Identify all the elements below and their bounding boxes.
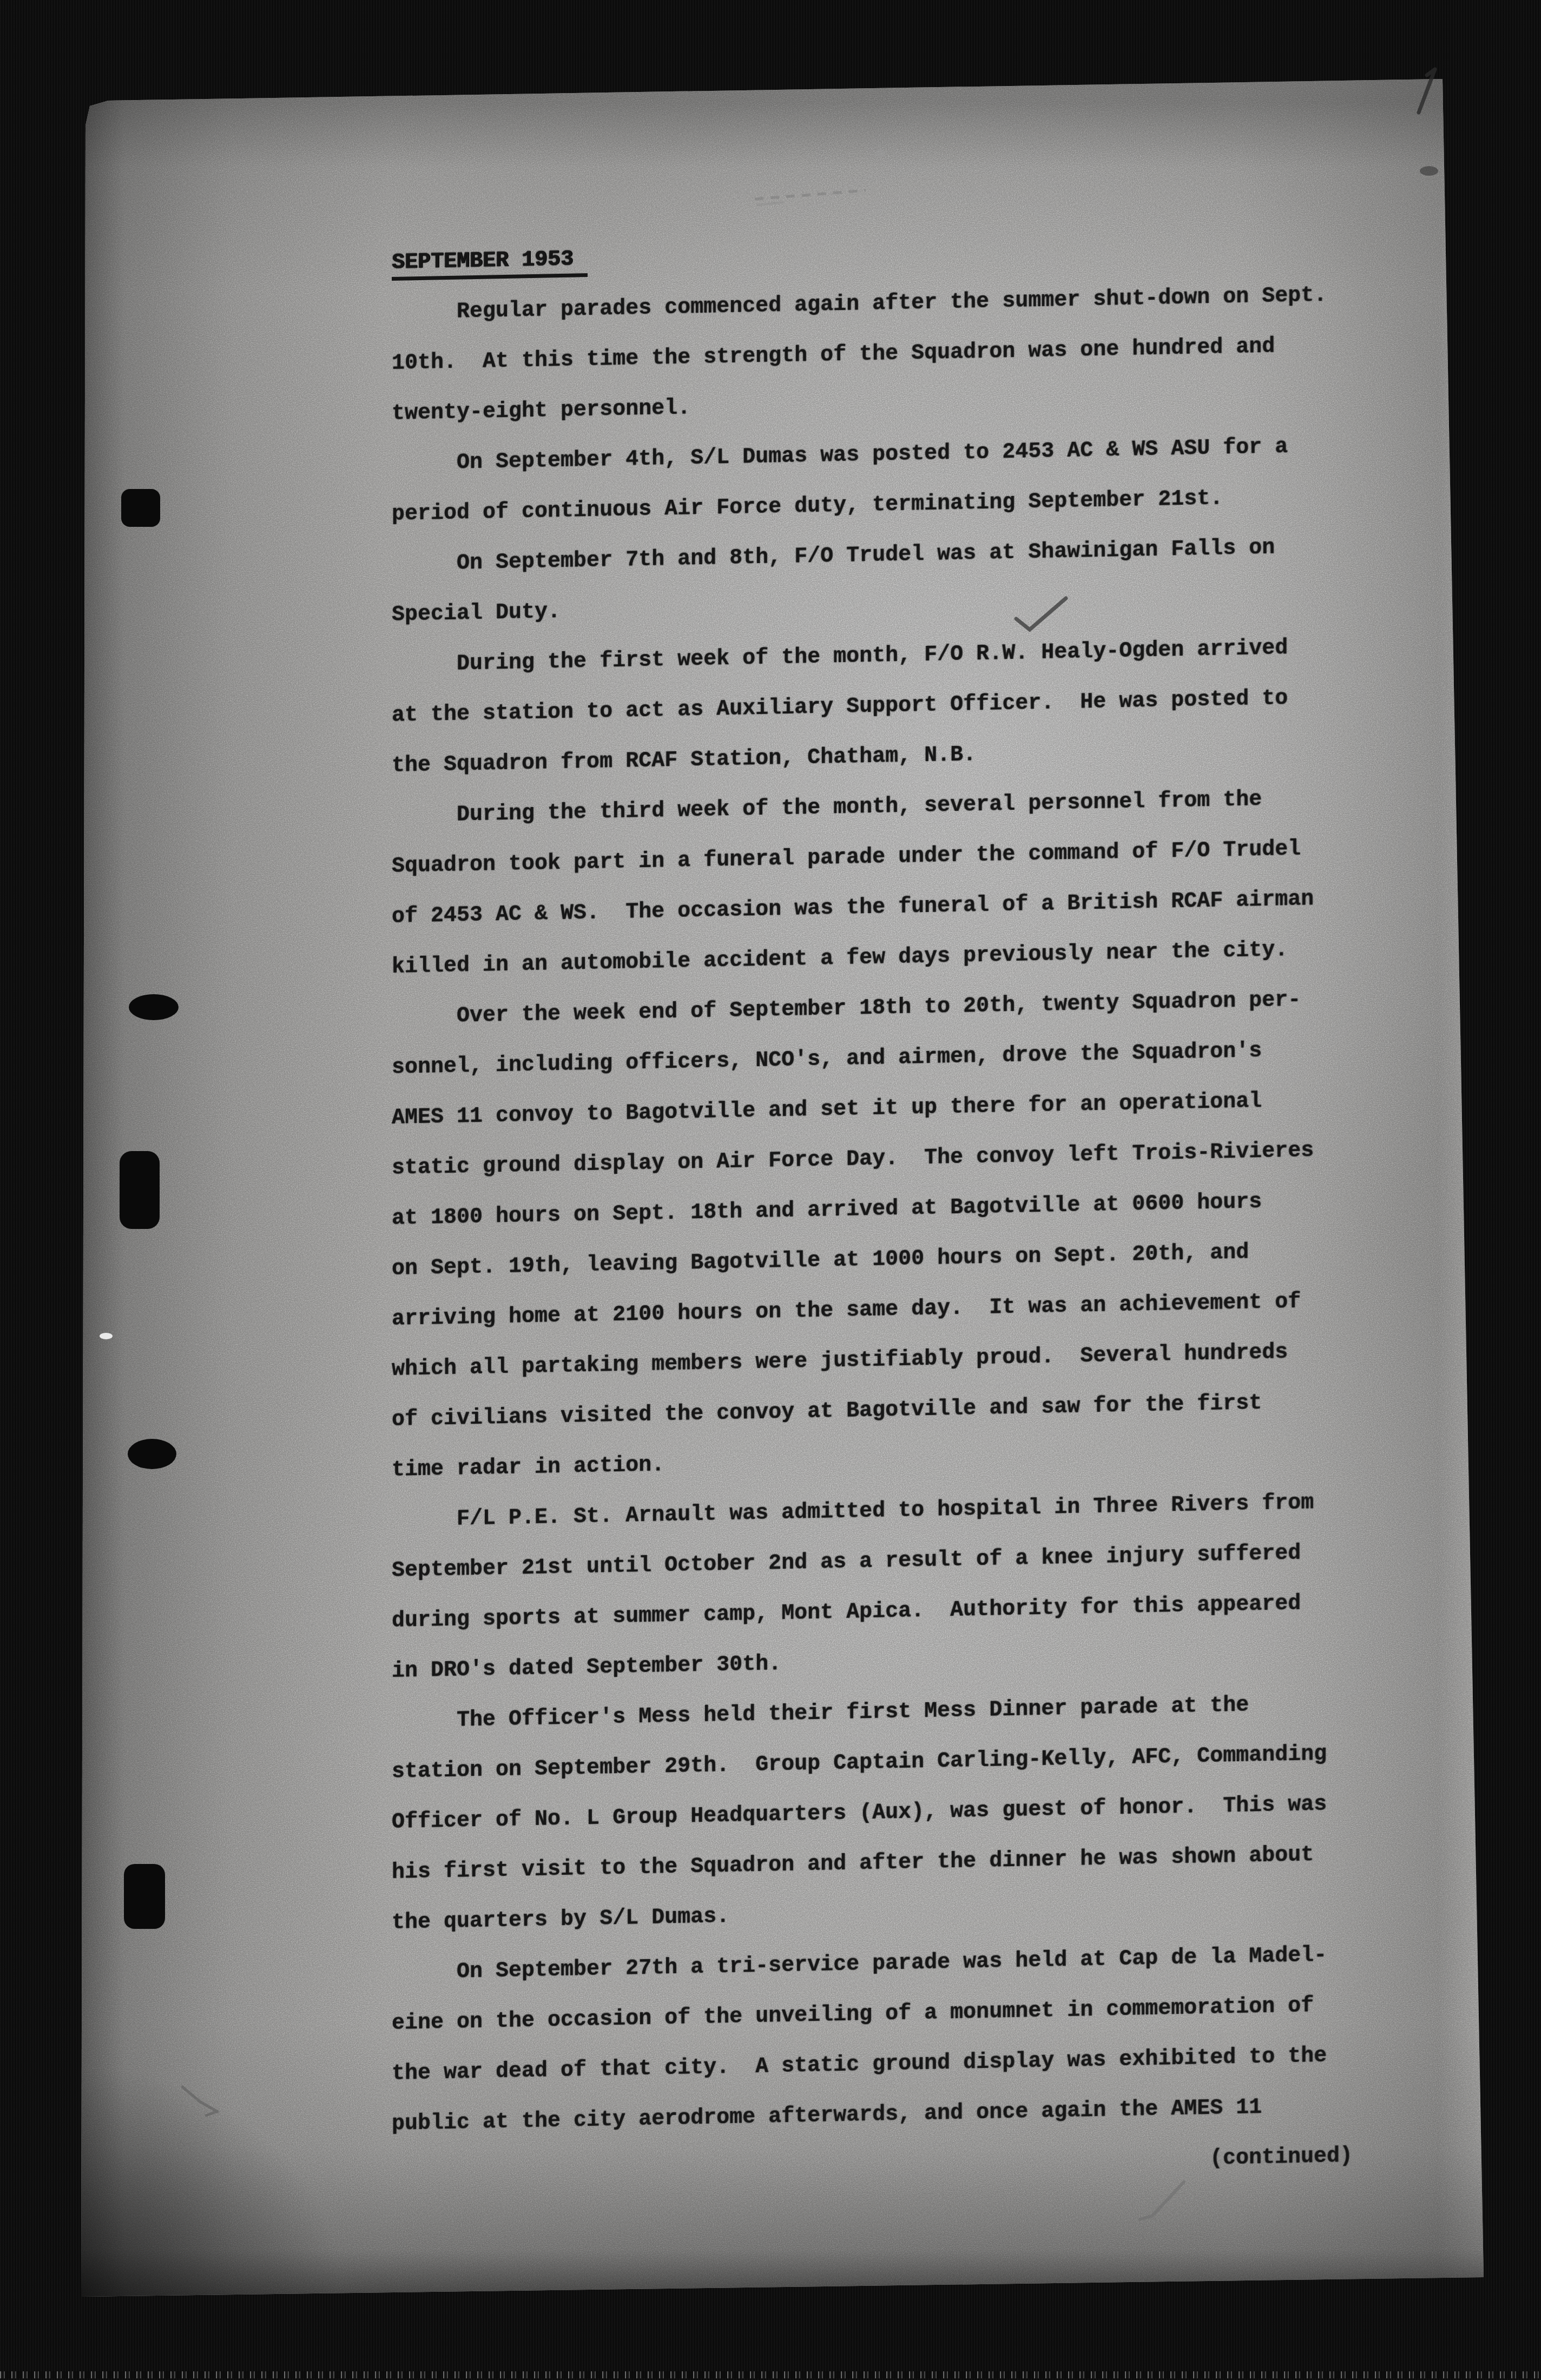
microfilm-scan: SEPTEMBER 1953 Regular parades commenced… bbox=[0, 0, 1541, 2380]
document-page: SEPTEMBER 1953 Regular parades commenced… bbox=[0, 0, 1541, 2380]
typewritten-text-block: SEPTEMBER 1953 Regular parades commenced… bbox=[392, 220, 1353, 2200]
page-title-text: SEPTEMBER 1953 bbox=[392, 247, 588, 281]
tall-punch-mark bbox=[120, 1151, 160, 1229]
film-edge-strip bbox=[0, 2371, 1541, 2378]
square-punch-mark bbox=[121, 489, 160, 527]
oval-punch-mark bbox=[128, 1439, 176, 1469]
oval-punch-mark bbox=[129, 994, 179, 1020]
text-lines: Regular parades commenced again after th… bbox=[392, 270, 1353, 2150]
tall-punch-mark bbox=[124, 1864, 165, 1929]
